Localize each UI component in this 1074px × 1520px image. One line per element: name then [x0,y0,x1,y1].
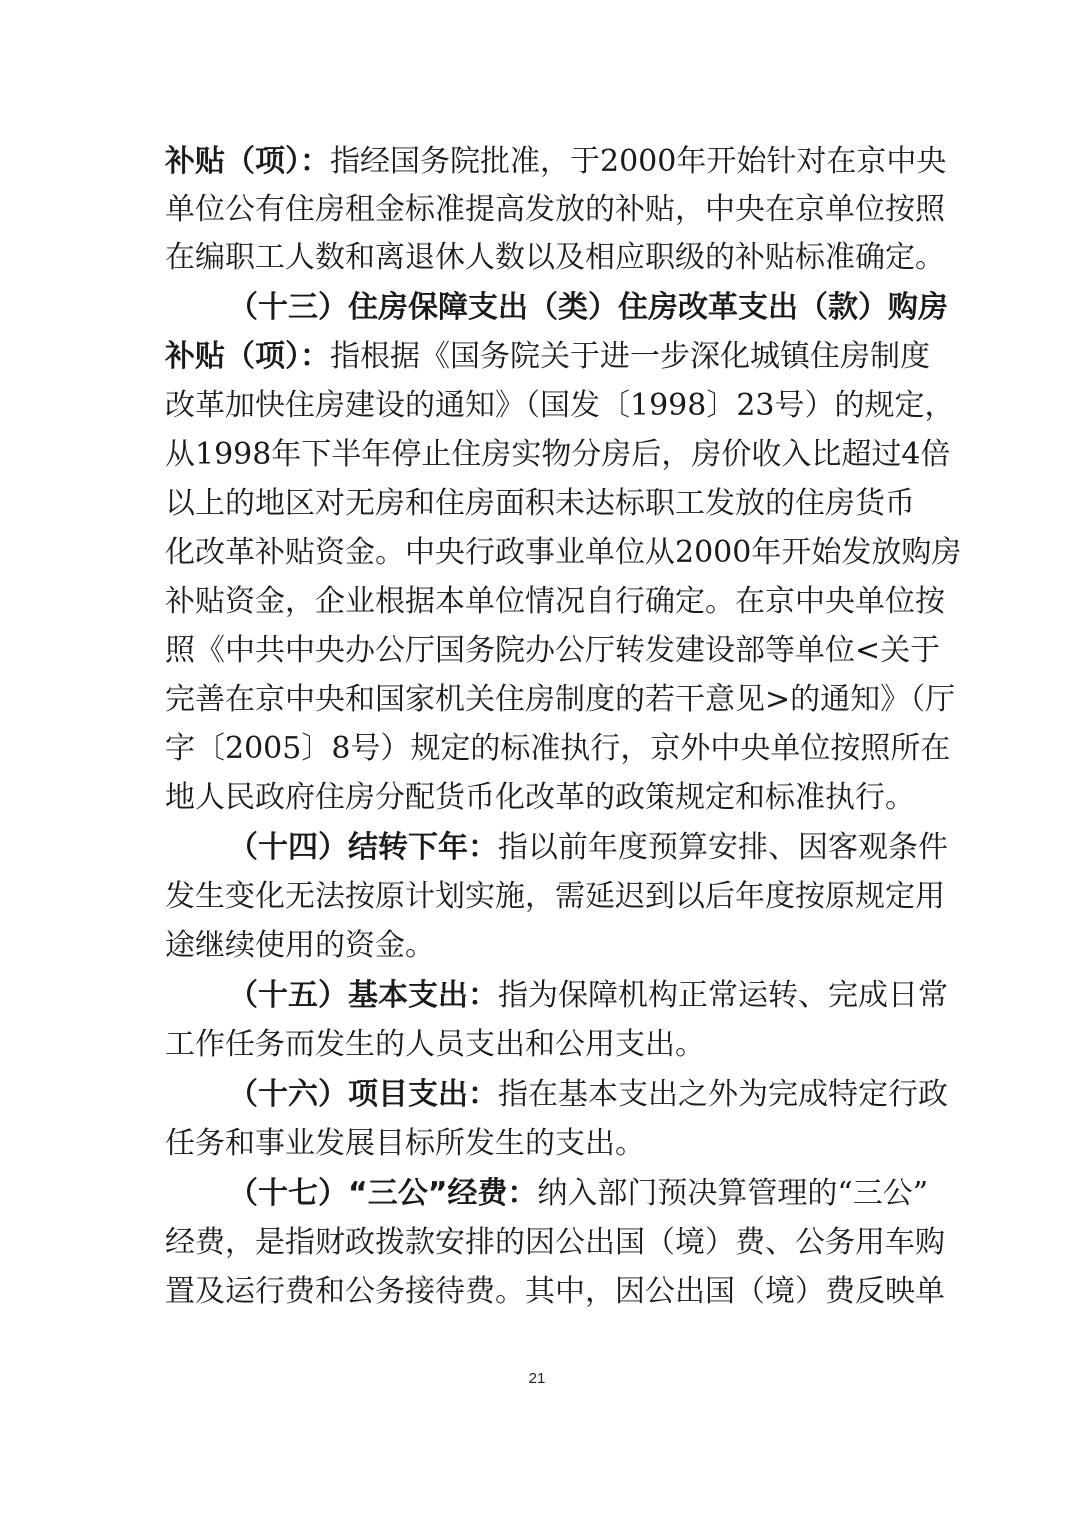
text-line: 从1998年下半年停止住房实物分房后，房价收入比超过4倍 [165,435,911,475]
section-heading-16: （十六）项目支出：指在基本支出之外为完成特定行政 [228,1075,911,1115]
text-content: 改革加快住房建设的通知》（国发〔1998〕23号）的规定， [165,388,955,423]
text-content: 地人民政府住房分配货币化改革的政策规定和标准执行。 [165,780,915,815]
text-line: 途继续使用的资金。 [165,926,911,966]
text-line: 照《中共中央办公厅国务院办公厅转发建设部等单位<关于 [165,631,911,671]
text-content: 经费，是指财政拨款安排的因公出国（境）费、公务用车购 [165,1225,945,1260]
text-line: 经费，是指财政拨款安排的因公出国（境）费、公务用车购 [165,1223,911,1263]
section-heading-17: （十七）“三公”经费：纳入部门预决算管理的“三公” [228,1174,911,1214]
text-content: 置及运行费和公务接待费。其中，因公出国（境）费反映单 [165,1274,945,1309]
text-line: 补贴（项）：指经国务院批准，于2000年开始针对在京中央 [165,142,911,182]
text-content: 途继续使用的资金。 [165,928,435,963]
text-content: 补贴资金，企业根据本单位情况自行确定。在京中央单位按 [165,584,945,619]
term-label: 补贴（项）： [165,144,330,179]
text-content: 字〔2005〕8号）规定的标准执行，京外中央单位按照所在 [165,731,950,766]
term-label: 补贴（项）： [165,339,330,374]
text-content: 在编职工人数和离退休人数以及相应职级的补贴标准确定。 [165,240,945,275]
text-content: 完善在京中央和国家机关住房制度的若干意见>的通知》（厅 [165,682,955,717]
text-content: 单位公有住房租金标准提高发放的补贴，中央在京单位按照 [165,192,945,227]
section-heading-13: （十三）住房保障支出（类）住房改革支出（款）购房 [228,288,911,328]
text-line: 工作任务而发生的人员支出和公用支出。 [165,1025,911,1065]
text-line: 单位公有住房租金标准提高发放的补贴，中央在京单位按照 [165,190,911,230]
text-content: 指为保障机构正常运转、完成日常 [498,978,948,1013]
text-content: 指在基本支出之外为完成特定行政 [498,1077,948,1112]
text-content: 指根据《国务院关于进一步深化城镇住房制度 [330,339,930,374]
text-content: 指以前年度预算安排、因客观条件 [498,830,948,865]
text-content: 发生变化无法按原计划实施，需延迟到以后年度按原规定用 [165,879,945,914]
term-label: （十六）项目支出： [228,1077,498,1112]
section-heading-15: （十五）基本支出：指为保障机构正常运转、完成日常 [228,976,911,1016]
text-content: 工作任务而发生的人员支出和公用支出。 [165,1027,705,1062]
term-label: （十五）基本支出： [228,978,498,1013]
text-line: 化改革补贴资金。中央行政事业单位从2000年开始发放购房 [165,533,911,573]
text-line: 地人民政府住房分配货币化改革的政策规定和标准执行。 [165,778,911,818]
text-content: 纳入部门预决算管理的“三公” [537,1176,928,1211]
text-content: 照《中共中央办公厅国务院办公厅转发建设部等单位<关于 [165,633,940,668]
document-page: 补贴（项）：指经国务院批准，于2000年开始针对在京中央 单位公有住房租金标准提… [0,0,1074,1520]
text-line: 完善在京中央和国家机关住房制度的若干意见>的通知》（厅 [165,680,911,720]
text-content: 从1998年下半年停止住房实物分房后，房价收入比超过4倍 [165,437,950,472]
text-line: 置及运行费和公务接待费。其中，因公出国（境）费反映单 [165,1272,911,1312]
term-label: （十七）“三公”经费： [228,1176,537,1211]
text-line: 补贴资金，企业根据本单位情况自行确定。在京中央单位按 [165,582,911,622]
text-line: 发生变化无法按原计划实施，需延迟到以后年度按原规定用 [165,877,911,917]
text-line: 以上的地区对无房和住房面积未达标职工发放的住房货币 [165,484,911,524]
term-label: （十三）住房保障支出（类）住房改革支出（款）购房 [228,290,948,325]
term-label: （十四）结转下年： [228,830,498,865]
page-number: 21 [0,1370,1074,1387]
text-line: 在编职工人数和离退休人数以及相应职级的补贴标准确定。 [165,238,911,278]
text-content: 以上的地区对无房和住房面积未达标职工发放的住房货币 [165,486,915,521]
text-content: 任务和事业发展目标所发生的支出。 [165,1126,645,1161]
text-line: 任务和事业发展目标所发生的支出。 [165,1124,911,1164]
section-heading-14: （十四）结转下年：指以前年度预算安排、因客观条件 [228,828,911,868]
text-content: 指经国务院批准，于2000年开始针对在京中央 [330,144,946,179]
text-content: 化改革补贴资金。中央行政事业单位从2000年开始发放购房 [165,535,961,570]
text-line: 字〔2005〕8号）规定的标准执行，京外中央单位按照所在 [165,729,911,769]
text-line: 改革加快住房建设的通知》（国发〔1998〕23号）的规定， [165,386,911,426]
text-line: 补贴（项）：指根据《国务院关于进一步深化城镇住房制度 [165,337,911,377]
